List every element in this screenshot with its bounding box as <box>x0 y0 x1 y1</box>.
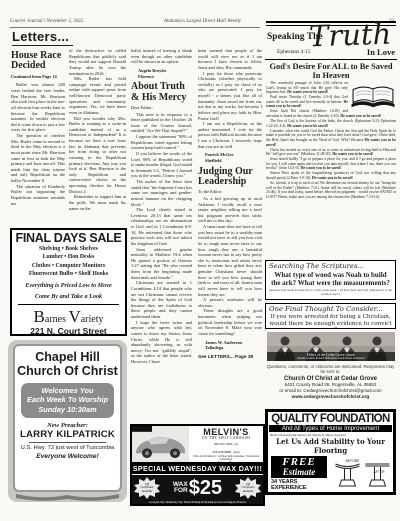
wax-offer: Gift Certificates Available WAXFOR $25 G… <box>132 475 263 501</box>
article-heading: About Truth & His Mercy <box>131 82 192 103</box>
text-block: This note is in response to a letter pub… <box>131 112 192 135</box>
text-block: been warned that people of the world wil… <box>198 48 262 71</box>
church-contact-block: Questions, comments, or criticisms are w… <box>265 364 396 399</box>
car-photo <box>132 426 189 462</box>
letters-column-3: ballot instead of leaving it blank even … <box>131 48 192 420</box>
text-block: Fluorescent Bulbs • Shelf Hooks <box>12 270 125 278</box>
open-bible-icon <box>350 83 396 110</box>
qf-subtitle-bar: And All Types of Home Improvement <box>269 425 392 432</box>
final-days-sale-ad: FINAL DAYS SALE Shelving • Book ShelvesL… <box>10 228 127 336</box>
final-thought-box: One Final Thought To Consider... If you … <box>265 303 396 329</box>
text-block: Florence <box>131 74 192 80</box>
wax-price: WAXFOR $25 <box>173 479 222 497</box>
phone-2: 256-335-8885 (cell) <box>189 448 263 456</box>
text-block: I hope the letter writer and anyone who … <box>131 320 192 365</box>
fine-print: w/coupon only. Wednesday only. Federal P… <box>132 501 263 505</box>
wax-day-banner: SPECIAL WEDNESDAY WAX DAY!!! <box>132 463 263 475</box>
text-block: Jesus built His church (Matthew 16:18) a… <box>266 109 396 118</box>
chapel-hill-ad: Chapel Hill Church Of Christ Welcomes Yo… <box>8 340 127 502</box>
text-block: Simon Peter spoke of the longsuffering (… <box>266 171 396 180</box>
scriptures-question: What type of wood was Noah to build the … <box>269 271 392 287</box>
text-block: Jesus stated boldly "I go to prepare a p… <box>266 157 396 171</box>
welcome-box: Welcomes YouEach Week To WorshipSunday 1… <box>21 383 114 419</box>
text-block: Dear Editor: <box>131 105 192 111</box>
article-heading: House Race Decided <box>11 51 65 72</box>
sale-title: FINAL DAYS SALE <box>12 231 125 245</box>
store-name: Barnes Variety <box>12 307 125 327</box>
qf-right-column: BEFORE AFTER Solid Steel Jacks <box>330 456 393 495</box>
church-name-line-1: Chapel Hill <box>15 351 120 365</box>
gift-certificate-starburst-right: Gift Certificates Available <box>235 477 261 499</box>
chapel-hill-ad-body: Chapel Hill Church Of Christ Welcomes Yo… <box>13 344 122 492</box>
sale-tagline-2: Come By and Take a Look <box>12 292 125 301</box>
text-block: of the destructive so called Republicans… <box>69 48 126 76</box>
melvins-top: MELVIN'S ON THE SPOT CARWASH 256-767-336… <box>132 426 263 463</box>
text-block: See LETTERS... Page 39 <box>198 355 262 361</box>
scriptures-answer: (Answer, last week: Exodus 20:11, God's … <box>269 288 392 296</box>
text-block: Butler was almost 200 votes behind the v… <box>11 82 65 133</box>
sermon-body: The wonderful passage of John 3:16 refle… <box>266 81 396 258</box>
qf-experience: 34 YEARS EXPERIENCE <box>271 479 330 491</box>
searching-scriptures-box: Searching The Scriptures... What type of… <box>265 260 396 300</box>
melvins-carwash-ad: MELVIN'S ON THE SPOT CARWASH 256-767-336… <box>130 424 265 506</box>
sermon-headline: God's Desire For ALL to Be Saved In Heav… <box>265 62 397 80</box>
contact-email: or email to: Cedargrovechurchofchrist@gm… <box>265 388 396 394</box>
preacher-name: LARRY KILPATRICK <box>15 429 120 440</box>
text-block: Remember to support him at the polls. We… <box>69 194 126 211</box>
truth-masthead: Speaking The Truth Ephesians 4:15 In Lov… <box>265 24 397 60</box>
speaking-the-truth-section: Speaking The Truth Ephesians 4:15 In Lov… <box>265 18 397 514</box>
text-block: Clothes • Computer Monitors <box>12 262 125 270</box>
text-block: So, friends, it is up to each of us! We … <box>266 181 396 199</box>
text-block: The Lord clearly stated in Leviticus 20:… <box>131 207 192 246</box>
elders-photo: Elders of the Cedar Grove church Newell … <box>267 332 395 361</box>
letters-column-1: House Race DecidedContinued from Page 14… <box>11 48 65 226</box>
text-block: ballot instead of leaving it blank even … <box>131 48 192 65</box>
book-spine-graphic <box>16 492 119 501</box>
quality-foundation-ad: QUALITY FOUNDATION And All Types of Home… <box>265 409 396 495</box>
church-tagline: Everyone Welcome! <box>15 453 120 460</box>
text-block: Sheffield <box>198 158 262 164</box>
sale-items: Shelving • Book ShelvesLumber • Hon Desk… <box>12 245 125 279</box>
before-label: BEFORE <box>346 459 361 463</box>
contact-intro: Questions, comments, or criticisms are w… <box>265 364 396 375</box>
sale-tagline-1: Everything is Priced Low to Move <box>12 281 125 290</box>
after-label: AFTER <box>374 470 386 474</box>
text-block: Christians are warned in 1 Corinthians 2… <box>131 280 192 319</box>
verse-reference: Ephesians 4:15 <box>277 49 310 55</box>
letters-column-2: of the destructive so called Republicans… <box>69 48 126 226</box>
letters-column-4: been warned that people of the world wil… <box>198 48 262 418</box>
text-block: Did you wonder why Mrs. Butler is runnin… <box>69 116 126 195</box>
free-estimate-badge: FREE Estimate <box>271 456 327 478</box>
jack-diagram: BEFORE AFTER <box>330 456 393 490</box>
final-thought-title: One Final Thought To Consider... <box>269 305 392 313</box>
text-block: Lumber • Hon Desks <box>12 253 125 261</box>
qf-licensed: Licensed • Bonded • Insured <box>271 491 330 495</box>
letters-section-title: Letters... <box>12 29 73 46</box>
store-address: 221 N. Court Street <box>12 326 125 336</box>
divider <box>29 442 106 443</box>
text-block: Welcomes You <box>23 386 112 396</box>
text-block: If you believe the words of the Lord, 90… <box>131 151 192 179</box>
text-block: As a kid growing up in rural Alabama, I … <box>198 196 262 224</box>
contact-church-name: Church Of Christ at Cedar Grove <box>265 376 396 382</box>
phone-1: 256-767-3366 (o) <box>189 440 263 448</box>
text-block: Talladega <box>198 345 262 351</box>
text-block: Shelving • Book Shelves <box>12 245 125 253</box>
text-block: To the Editor: <box>198 189 262 195</box>
qf-detail-row: FREE Estimate 34 YEARS EXPERIENCE Licens… <box>268 456 393 495</box>
preacher-label: New Preacher: <box>15 422 120 429</box>
church-address: U.S. Hwy. 72 just west of Tuscumbia <box>15 445 120 451</box>
text-block: Jesus addressed gender neutrality in Mat… <box>131 247 192 281</box>
gift-certificate-starburst-left: Gift Certificates Available <box>134 477 160 499</box>
text-block: Christ has invited us, every one of us, … <box>266 148 396 157</box>
text-block: Continued from Page 14 <box>11 74 65 80</box>
text-block: I pray for those who persecute Christian… <box>198 71 262 122</box>
text-block: I oppose the statement "90% of Republica… <box>131 134 192 151</box>
text-block: The situation of Kimberly Butler not sup… <box>11 184 65 207</box>
divider <box>18 304 119 305</box>
text-block: Mrs. Butler has held campaign events and… <box>69 76 126 115</box>
text-block: A smart man does not have to tell you ho… <box>198 224 262 297</box>
contact-address: 6421 County Road 26, Rogersville, AL 356… <box>265 382 396 388</box>
text-block: I am not a Republican, as the author ins… <box>198 121 262 149</box>
text-block: A person's attributes will be obvious. <box>198 297 262 308</box>
scriptures-box-title: Searching The Scriptures... <box>269 262 392 270</box>
text-block: The Son of God is the Saviour of the bod… <box>266 119 396 128</box>
contact-website: www.cedargrovechurchofchrist.org <box>265 394 396 399</box>
qf-tagline: Let Us Add Stability to Your Flooring <box>268 437 393 455</box>
qf-title: QUALITY FOUNDATION <box>268 413 393 425</box>
qf-left-column: FREE Estimate 34 YEARS EXPERIENCE Licens… <box>268 456 330 495</box>
header-rule <box>10 27 260 28</box>
final-thought-text: If you were arrested for being a Christi… <box>269 314 392 329</box>
text-block: These thoughts are a good barometer when… <box>198 308 262 336</box>
text-block: Consider: what else could God the Father… <box>266 129 396 147</box>
church-name-line-2: Church Of Christ <box>15 365 120 379</box>
text-block: Sunday 10:30am <box>23 405 112 415</box>
melvins-info: MELVIN'S ON THE SPOT CARWASH 256-767-336… <box>189 426 263 462</box>
photo-caption: Elders of the Cedar Grove church Newell … <box>267 352 395 361</box>
article-heading: Judging Our Leadership <box>198 167 262 188</box>
text-block: The author of the letter then stated tha… <box>131 179 192 207</box>
in-love-label: In Love <box>367 47 395 57</box>
newspaper-page: Courier Journal / November 2, 2022 Alaba… <box>0 0 400 521</box>
text-block: The question of whether Mrs. Butler came… <box>11 133 65 184</box>
text-block: Each Week To Worship <box>23 395 112 405</box>
